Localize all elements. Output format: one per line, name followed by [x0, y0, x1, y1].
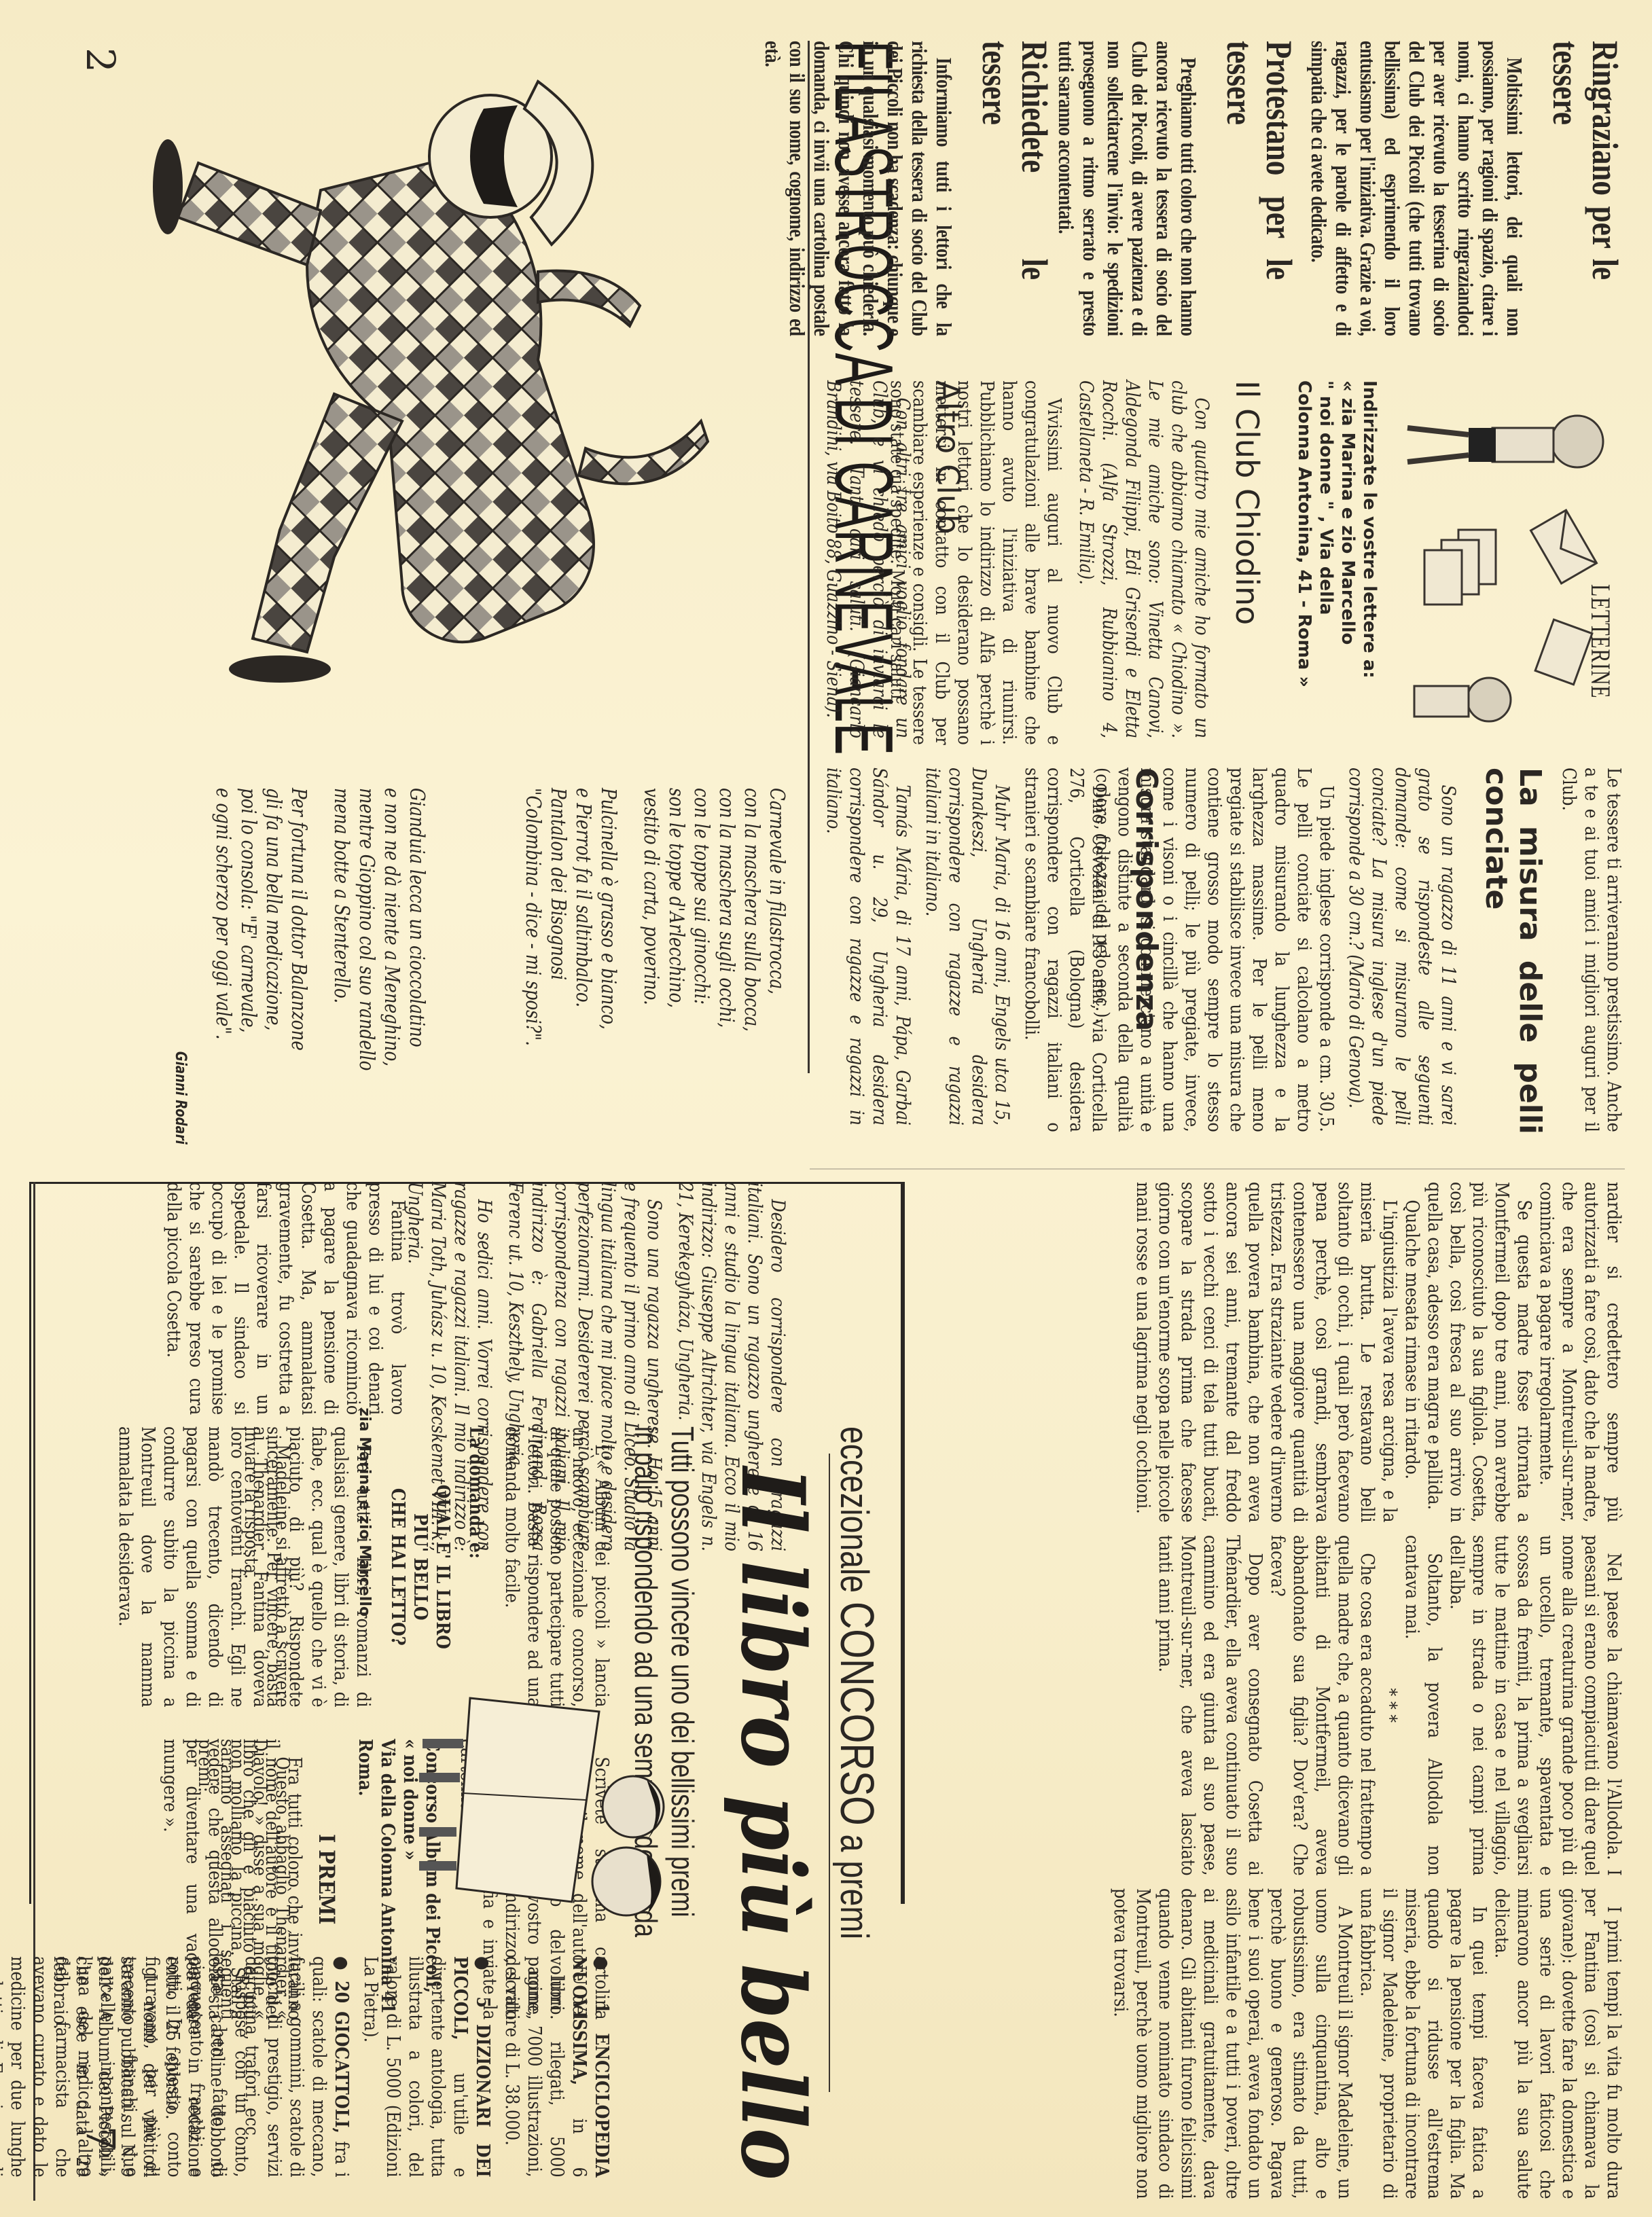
kicker-pre: eccezionale	[832, 1426, 876, 1593]
poem-line: Gianduia lecca un cioccolatino	[404, 788, 429, 1100]
serial-paragraph: L'ingiustizia l'aveva resa arcigna, e la…	[1132, 1182, 1401, 1523]
letterine-address: Indirizzate le vostre lettere a: « zia M…	[1293, 380, 1380, 747]
poem-stanza: Gianduia lecca un cioccolatino e non ne …	[329, 788, 429, 1100]
poem-line: mentre Gioppino col suo randello	[354, 788, 379, 1100]
letterine-header-block: LETTERINE	[1394, 380, 1625, 747]
serial-column-3: I primi tempi la vita fu molto dura per …	[1109, 1888, 1625, 2201]
serial-paragraph: Qualche mesata rimase in ritardo.	[1401, 1182, 1423, 1523]
serial-separator: * * *	[1378, 1535, 1401, 1876]
address-line: Colonna Antonina, 41 - Roma »	[1293, 380, 1315, 747]
section-title: Ringraziano per le tessere	[1546, 41, 1625, 280]
serial-paragraph: I primi tempi la vita fu molto dura per …	[1490, 1888, 1625, 2199]
section-letter: Sono un ragazzo di 11 anni e vi sarei gr…	[1344, 768, 1460, 1125]
serial-paragraph: Che cosa era accaduto nel frattempo a qu…	[1266, 1535, 1378, 1876]
prize-item: 1 ENCICLOPEDIA NUOVISSIMA, in 6 volumi r…	[501, 1956, 613, 2178]
poem-line: con la maschera sugli occhi,	[714, 788, 739, 1100]
poem-stanza: Pulcinella è grasso e bianco, e Pierrot …	[520, 788, 621, 1100]
kicker-post: a premi	[832, 1835, 876, 1940]
section-pelli: Le tessere ti arriveranno prestissimo. A…	[1091, 768, 1625, 1134]
prize-name: 20 GIOCATTOLI,	[331, 1981, 352, 2133]
poem-line: vestito di carta, poverino.	[639, 788, 664, 1100]
altro-club-reply: Le tessere ti arriveranno prestissimo. A…	[1558, 768, 1625, 1132]
section-title: Corrispondenza	[1129, 768, 1163, 1134]
section-letter: Con quattro mie amiche ho formato un clu…	[1075, 380, 1213, 738]
correspondence-letter: Dino Cevolani di 13 anni, via Corticella…	[1020, 768, 1110, 1132]
section-letter: Con altri tre amici voglio fondare un Cl…	[822, 380, 914, 738]
section-corrispondenza: Corrispondenza Dino Cevolani di 13 anni,…	[822, 768, 1163, 1134]
magazine-page: 2 7 FILASTROCCA DI CARNEVALE	[0, 0, 1652, 2217]
poem-line: Carnevale in filastrocca,	[764, 788, 789, 1100]
serial-paragraph: Fantina trovò lavoro presso di lui e coi…	[162, 1182, 409, 1415]
serial-column-1: nardier si credettero sempre più autoriz…	[1132, 1182, 1625, 1521]
poem-stanza: Per fortuna il dottor Balanzone gli fa u…	[211, 788, 311, 1100]
address-line: « zia Marina e zio Marcello	[1337, 380, 1359, 747]
serial-paragraph: Nel paese la chiamavano l'Allodola. I pa…	[1445, 1535, 1625, 1876]
contest-kicker: eccezionale CONCORSO a premi	[830, 1426, 884, 1939]
poem-line: son le toppe d'Arlecchino,	[664, 788, 689, 1100]
serial-paragraph: Soltanto, la povera Allodola non cantava…	[1401, 1535, 1445, 1876]
question-line: CHE HAI LETTO?	[387, 1426, 409, 1708]
poem-stanza: Carnevale in filastrocca, con la mascher…	[639, 788, 789, 1100]
section-title: Altro Club	[931, 380, 966, 747]
section-richiedete: Richiedete le tessere Informiamo tutti i…	[761, 41, 1054, 340]
column-divider	[810, 1168, 1625, 1170]
serial-paragraph: nardier si credettero sempre più autoriz…	[1535, 1182, 1625, 1523]
letterine-header: LETTERINE	[1585, 584, 1617, 698]
section-title: Il Club Chiodino	[1229, 380, 1265, 747]
poem-line: Pulcinella è grasso e bianco,	[596, 788, 621, 1100]
poem-line: poi lo consola: "E' carnevale,	[236, 788, 261, 1100]
kicker-rule	[829, 1454, 830, 2092]
address-line: " noi donne " , Via della	[1315, 380, 1337, 747]
poem-line: con le toppe sui ginocchi:	[689, 788, 714, 1100]
poem-line: "Colombina - dice - mi sposi?".	[520, 788, 545, 1100]
poem-column-1: Carnevale in filastrocca, con la mascher…	[503, 788, 789, 1100]
serial-paragraph: In quei tempi faceva fatica a pagare la …	[1356, 1888, 1490, 2199]
serial-paragraph: Rispose con un conto, assai ben fatto, d…	[0, 1956, 253, 2178]
poem-author: Gianni Rodari	[168, 788, 193, 1144]
section-body: Preghiamo tutti coloro che non hanno anc…	[1054, 41, 1201, 336]
section-title: Protestano per le tessere	[1220, 41, 1299, 280]
section-protestano: Protestano per le tessere Preghiamo tutt…	[1054, 41, 1299, 340]
prize-item: 5 DIZIONARI DEI PICCOLI, un'utile e dive…	[359, 1956, 494, 2178]
poem-line: Pantalon dei Bisognosi	[545, 788, 571, 1100]
address-intro: Indirizzate le vostre lettere a:	[1359, 380, 1380, 747]
poem-line: Per fortuna il dottor Balanzone	[286, 788, 311, 1100]
poem-column-2: Gianduia lecca un cioccolatino e non ne …	[168, 788, 429, 1100]
serial-paragraph: Madeleine si affrettò a scrivere ai Thén…	[114, 1426, 293, 1708]
serial-column-7: Rispose con un conto, assai ben fatto, d…	[0, 1956, 253, 2180]
serial-column-5: Madeleine si affrettò a scrivere ai Thén…	[114, 1426, 293, 1712]
contest-title: Il libro più bello	[721, 1467, 823, 2180]
section-body: Informiamo tutti i lettori che la richie…	[761, 41, 956, 336]
correspondence-letter: Tamás Mária, di 17 anni, Pápa, Garbai Sá…	[822, 768, 914, 1125]
section-body: Moltissimi lettori, dei quali non possia…	[1307, 41, 1527, 336]
poem-line: e non ne dà niente a Meneghino,	[379, 788, 404, 1100]
poem-line: con la maschera sulla bocca,	[739, 788, 764, 1100]
serial-paragraph: Se questa madre fosse ritornata a Montfe…	[1423, 1182, 1535, 1523]
poem-line: e Pierrot fa il saltimbalco.	[571, 788, 596, 1100]
serial-paragraph: A Montreuil il signor Madeleine, un uomo…	[1109, 1888, 1356, 2199]
correspondence-letter: Muhr Maria, di 16 anni, Engels utca 15, …	[921, 768, 1013, 1125]
children-with-book-illustration	[416, 1657, 674, 1943]
poem-line: mena botte a Stenterello.	[329, 788, 354, 1100]
serial-column-2: Nel paese la chiamavano l'Allodola. I pa…	[1154, 1535, 1625, 1875]
kicker-main: CONCORSO	[831, 1602, 884, 1826]
section-ringraziano: Ringraziano per le tessere Moltissimi le…	[1307, 41, 1625, 340]
section-altro-club: Altro Club Con altri tre amici voglio fo…	[822, 380, 973, 747]
section-title: La misura delle pelli conciate	[1479, 768, 1547, 1134]
section-title: Richiedete le tessere	[975, 41, 1054, 280]
harlequin-illustration	[90, 41, 810, 788]
poem-line: e ogni scherzo per oggi vale".	[211, 788, 236, 1100]
poem-line: gli fa una bella medicazione,	[261, 788, 286, 1100]
serial-column-4: Fantina trovò lavoro presso di lui e coi…	[162, 1182, 409, 1413]
serial-paragraph: Dopo aver consegnato Cosetta ai Thénardi…	[1154, 1535, 1266, 1876]
